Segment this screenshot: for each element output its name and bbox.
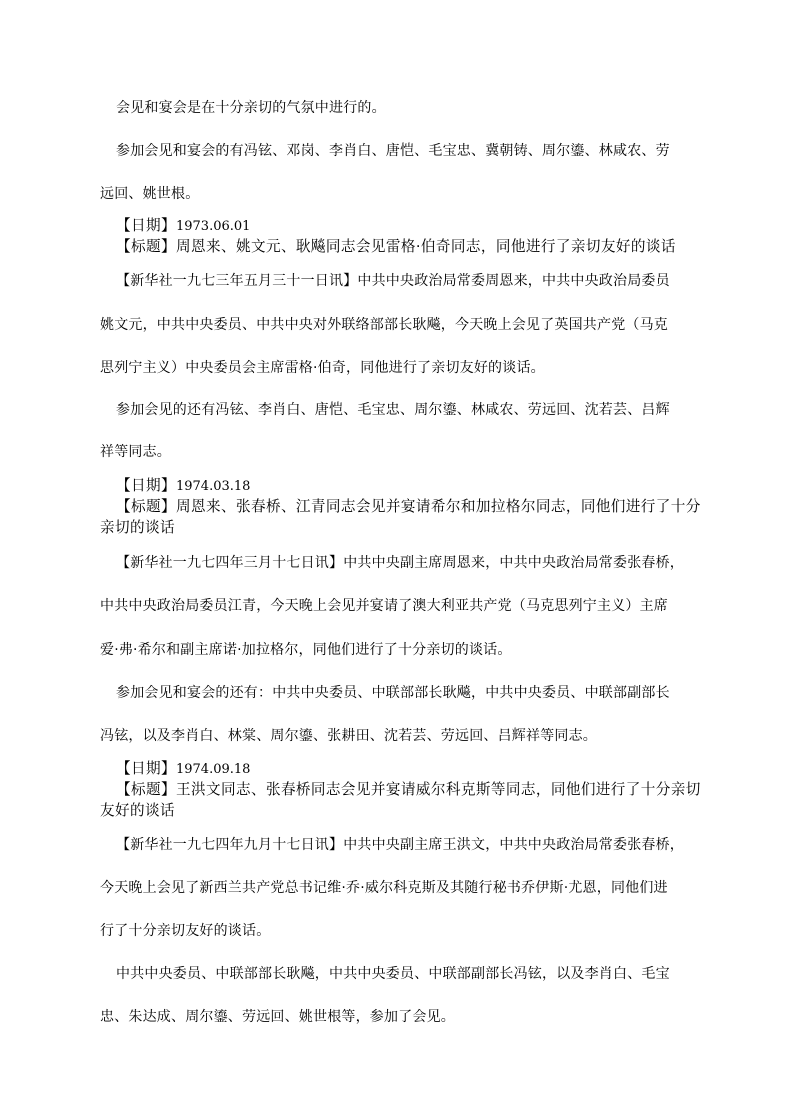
paragraph-line: 会见和宴会是在十分亲切的气氛中进行的。 [100,99,386,117]
paragraph-line: 【新华社一九七四年九月十七日讯】中共中央副主席王洪文，中共中央政治局常委张春桥， [100,836,684,854]
title-text: 周恩来、姚文元、耿飚同志会见雷格·伯奇同志，同他进行了亲切友好的谈话 [176,238,676,255]
entry-date: 【日期】1974.09.18 [100,760,250,779]
entry-title: 【标题】周恩来、张春桥、江青同志会见并宴请希尔和加拉格尔同志，同他们进行了十分 [100,498,701,516]
title-text: 周恩来、张春桥、江青同志会见并宴请希尔和加拉格尔同志，同他们进行了十分 [176,498,701,515]
paragraph-line: 参加会见和宴会的还有：中共中央委员、中联部部长耿飚，中共中央委员、中联部副部长 [100,684,670,702]
date-value: 1974.03.18 [176,479,250,494]
paragraph-line: 忠、朱达成、周尔鎏、劳远回、姚世根等，参加了会见。 [100,1008,455,1026]
entry-title-cont: 亲切的谈话 [100,519,175,537]
title-label: 【标题】 [116,498,176,515]
date-value: 1974.09.18 [176,762,250,777]
entry-title: 【标题】周恩来、姚文元、耿飚同志会见雷格·伯奇同志，同他进行了亲切友好的谈话 [100,238,676,256]
title-label: 【标题】 [116,238,176,255]
date-value: 1973.06.01 [176,219,250,234]
paragraph-line: 【新华社一九七三年五月三十一日讯】中共中央政治局常委周恩来，中共中央政治局委员 [100,272,670,290]
entry-date: 【日期】1973.06.01 [100,217,250,236]
paragraph-line: 冯铉，以及李肖白、林棠、周尔鎏、张耕田、沈若芸、劳远回、吕辉祥等同志。 [100,727,597,745]
date-label: 【日期】 [116,217,176,234]
paragraph-line: 今天晚上会见了新西兰共产党总书记维·乔·威尔科克斯及其随行秘书乔伊斯·尤恩，同他… [100,879,668,897]
paragraph-line: 祥等同志。 [100,443,171,461]
date-label: 【日期】 [116,477,176,494]
paragraph-line: 中共中央政治局委员江青，今天晚上会见并宴请了澳大利亚共产党（马克思列宁主义）主席 [100,597,668,615]
paragraph-line: 思列宁主义）中央委员会主席雷格·伯奇，同他进行了亲切友好的谈话。 [100,359,545,377]
paragraph-line: 行了十分亲切友好的谈话。 [100,922,270,940]
paragraph-line: 中共中央委员、中联部部长耿飚，中共中央委员、中联部副部长冯铉，以及李肖白、毛宝 [100,965,670,983]
paragraph-line: 远回、姚世根。 [100,185,199,203]
entry-title: 【标题】王洪文同志、张春桥同志会见并宴请威尔科克斯等同志，同他们进行了十分亲切 [100,781,701,799]
entry-date: 【日期】1974.03.18 [100,477,250,496]
paragraph-line: 参加会见的还有冯铉、李肖白、唐恺、毛宝忠、周尔鎏、林咸农、劳远回、沈若芸、吕辉 [100,401,670,419]
paragraph-line: 参加会见和宴会的有冯铉、邓岗、李肖白、唐恺、毛宝忠、冀朝铸、周尔鎏、林咸农、劳 [100,142,670,160]
title-text: 王洪文同志、张春桥同志会见并宴请威尔科克斯等同志，同他们进行了十分亲切 [176,781,701,798]
entry-title-cont: 友好的谈话 [100,802,175,820]
paragraph-line: 爱·弗·希尔和副主席诺·加拉格尔，同他们进行了十分亲切的谈话。 [100,641,512,659]
paragraph-line: 【新华社一九七四年三月十七日讯】中共中央副主席周恩来，中共中央政治局常委张春桥， [100,554,684,572]
title-label: 【标题】 [116,781,176,798]
paragraph-line: 姚文元，中共中央委员、中共中央对外联络部部长耿飚，今天晚上会见了英国共产党（马克 [100,316,668,334]
date-label: 【日期】 [116,760,176,777]
